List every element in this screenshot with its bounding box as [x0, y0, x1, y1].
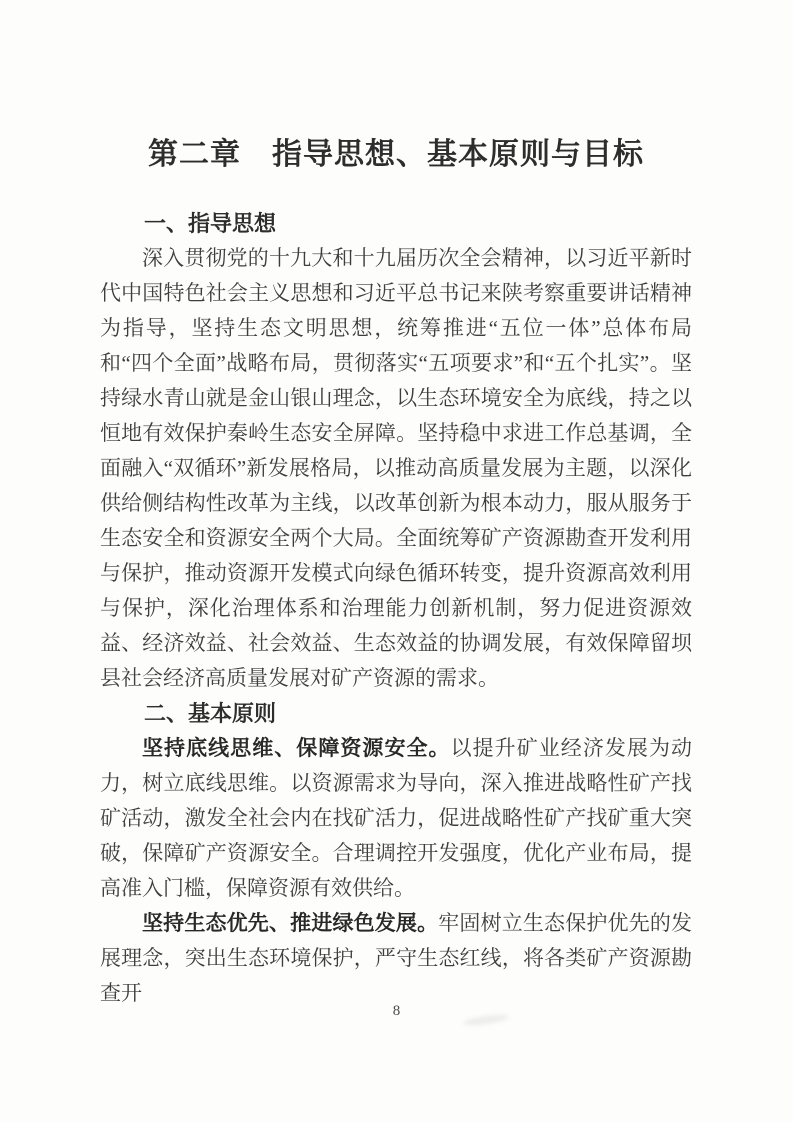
chapter-title: 第二章 指导思想、基本原则与目标: [100, 138, 692, 172]
section-heading-guiding-ideology: 一、指导思想: [100, 206, 692, 241]
paragraph: 坚持生态优先、推进绿色发展。牢固树立生态保护优先的发展理念，突出生态环境保护，严…: [100, 906, 692, 1011]
paragraph-lead: 坚持生态优先、推进绿色发展。: [142, 911, 438, 935]
scanned-document-page: 第二章 指导思想、基本原则与目标 一、指导思想 深入贯彻党的十九大和十九届历次全…: [0, 0, 793, 1122]
paragraph: 深入贯彻党的十九大和十九届历次全会精神，以习近平新时代中国特色社会主义思想和习近…: [100, 241, 692, 696]
document-content: 第二章 指导思想、基本原则与目标 一、指导思想 深入贯彻党的十九大和十九届历次全…: [100, 138, 692, 1011]
paragraph-lead: 坚持底线思维、保障资源安全。: [142, 736, 451, 760]
paragraph: 坚持底线思维、保障资源安全。以提升矿业经济发展为动力，树立底线思维。以资源需求为…: [100, 731, 692, 906]
paragraph-text: 深入贯彻党的十九大和十九届历次全会精神，以习近平新时代中国特色社会主义思想和习近…: [100, 246, 692, 690]
paragraph-text: 以提升矿业经济发展为动力，树立底线思维。以资源需求为导向，深入推进战略性矿产找矿…: [100, 736, 692, 900]
page-number: 8: [0, 1003, 793, 1020]
section-heading-basic-principles: 二、基本原则: [100, 696, 692, 731]
